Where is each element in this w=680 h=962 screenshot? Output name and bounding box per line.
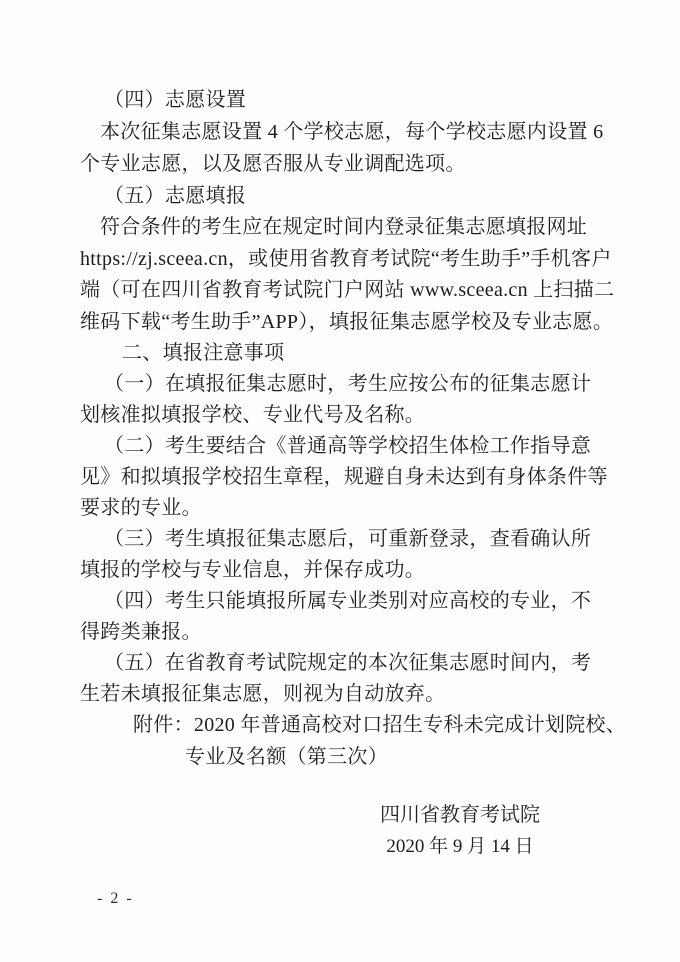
note-2-line-3: 要求的专业。: [80, 493, 640, 523]
note-5-line-1: （五）在省教育考试院规定的本次征集志愿时间内，考: [80, 648, 664, 678]
heading-volunteer-setup: （四）志愿设置: [80, 85, 664, 115]
note-3-line-2: 填报的学校与专业信息，并保存成功。: [80, 555, 640, 585]
note-5-line-2: 生若未填报征集志愿，则视为自动放弃。: [80, 679, 640, 709]
signature-org: 四川省教育考试院: [340, 800, 580, 830]
note-3-line-1: （三）考生填报征集志愿后，可重新登录，查看确认所: [80, 524, 664, 554]
para-volunteer-setup-line-2: 个专业志愿，以及愿否服从专业调配选项。: [80, 149, 640, 179]
document-page: （四）志愿设置 本次征集志愿设置 4 个学校志愿，每个学校志愿内设置 6 个专业…: [0, 0, 680, 962]
para-filing-line-1: 符合条件的考生应在规定时间内登录征集志愿填报网址: [80, 212, 660, 242]
heading-section-2-notes: 二、填报注意事项: [80, 338, 680, 368]
para-filing-line-2-url: https://zj.sceea.cn，或使用省教育考试院“考生助手”手机客户: [80, 244, 640, 274]
page-number: - 2 -: [97, 890, 134, 908]
note-1-line-2: 划核准拟填报学校、专业代号及名称。: [80, 400, 640, 430]
attachment-line-2: 专业及名额（第三次）: [80, 742, 680, 772]
note-1-line-1: （一）在填报征集志愿时，考生应按公布的征集志愿计: [80, 369, 664, 399]
note-2-line-1: （二）考生要结合《普通高等学校招生体检工作指导意: [80, 431, 664, 461]
attachment-line-1: 附件：2020 年普通高校对口招生专科未完成计划院校、: [80, 710, 680, 740]
note-4-line-2: 得跨类兼报。: [80, 617, 640, 647]
note-2-line-2: 见》和拟填报学校招生章程，规避自身未达到有身体条件等: [80, 462, 640, 492]
note-4-line-1: （四）考生只能填报所属专业类别对应高校的专业，不: [80, 586, 664, 616]
para-filing-line-4: 维码下载“考生助手”APP），填报征集志愿学校及专业志愿。: [80, 307, 640, 337]
para-filing-line-3-url: 端（可在四川省教育考试院门户网站 www.sceea.cn 上扫描二: [80, 275, 640, 305]
signature-date: 2020 年 9 月 14 日: [340, 832, 580, 862]
para-volunteer-setup-line-1: 本次征集志愿设置 4 个学校志愿，每个学校志愿内设置 6: [80, 117, 660, 147]
heading-volunteer-filing: （五）志愿填报: [80, 181, 664, 211]
